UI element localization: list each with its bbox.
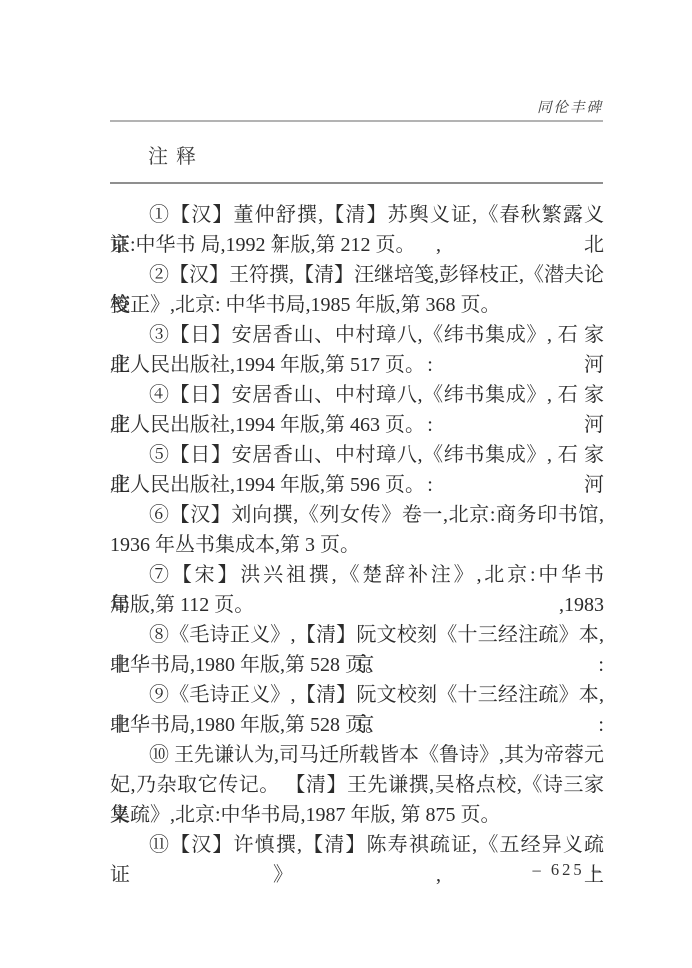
section-divider-rule [110, 182, 603, 184]
note-line: 1936 年丛书集成本,第 3 页。 [110, 530, 604, 560]
note-line: ③【日】安居香山、中村璋八,《纬书集成》, 石 家 庄 : 河 [110, 320, 604, 350]
note-line: ⑨《毛诗正义》,【清】阮文校刻《十三经注疏》本,北京: [110, 680, 604, 710]
note-line: ①【汉】董仲舒撰,【清】苏舆义证,《春秋繁露义证》,北 [110, 200, 604, 230]
notes-list: ①【汉】董仲舒撰,【清】苏舆义证,《春秋繁露义证》,北京:中华书 局,1992 … [110, 200, 604, 860]
page-number: – 625 – [110, 860, 603, 880]
note-line: ②【汉】王符撰,【清】汪继培笺,彭铎枝正,《潜夫论笺 [110, 260, 604, 290]
note-line: ⑤【日】安居香山、中村璋八,《纬书集成》, 石 家 庄 : 河 [110, 440, 604, 470]
note-line: ⑪【汉】许慎撰,【清】陈寿祺疏证,《五经异义疏证》,上 [110, 830, 604, 860]
note-line: ⑧《毛诗正义》,【清】阮文校刻《十三经注疏》本,北京: [110, 620, 604, 650]
note-line: 妃,乃杂取它传记。 【清】王先谦撰,吴格点校,《诗三家义 [110, 770, 604, 800]
section-title: 注释 [148, 140, 204, 169]
running-header: 同伦丰碑 [110, 96, 603, 117]
note-line: ⑩ 王先谦认为,司马迁所载皆本《鲁诗》,其为帝蓉元 [110, 740, 604, 770]
note-line: ⑦【宋】洪兴祖撰,《楚辞补注》,北京:中华书局,1983 [110, 560, 604, 590]
note-line: 集疏》,北京:中华书局,1987 年版, 第 875 页。 [110, 800, 604, 830]
book-page: 同伦丰碑 注释 ①【汉】董仲舒撰,【清】苏舆义证,《春秋繁露义证》,北京:中华书… [0, 0, 692, 968]
header-rule [110, 120, 603, 122]
note-line: 校正》,北京: 中华书局,1985 年版,第 368 页。 [110, 290, 604, 320]
note-line: ⑥【汉】刘向撰,《列女传》卷一,北京:商务印书馆, [110, 500, 604, 530]
note-line: ④【日】安居香山、中村璋八,《纬书集成》, 石 家 庄 : 河 [110, 380, 604, 410]
